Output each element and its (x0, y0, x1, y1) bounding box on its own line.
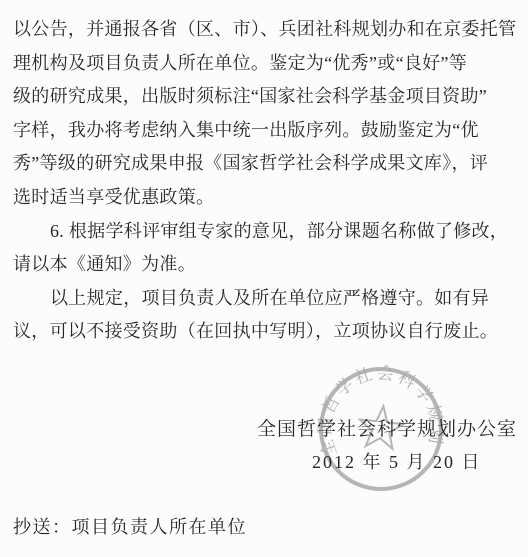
body-line: 请以本《通知》为准。 (13, 248, 515, 282)
document-date: 2012 年 5 月 20 日 (312, 448, 482, 474)
body-line: 以公告，并通报各省（区、市）、兵团社科规划办和在京委托管 (13, 13, 515, 47)
body-line: 以上规定，项目负责人及所在单位应严格遵守。如有异 (13, 282, 515, 316)
body-line: 级的研究成果，出版时须标注“国家社会科学基金项目资助” (13, 80, 515, 114)
cc-line: 抄送：项目负责人所在单位 (13, 513, 247, 539)
body-text: 以公告，并通报各省（区、市）、兵团社科规划办和在京委托管 理机构及项目负责人所在… (13, 13, 515, 349)
signature-org-name: 全国哲学社会科学规划办公室 (257, 414, 519, 441)
body-line: 议，可以不接受资助（在回执中写明），立项协议自行废止。 (13, 315, 515, 349)
body-line: 选时适当享受优惠政策。 (13, 181, 515, 215)
body-line: 6. 根据学科评审组专家的意见，部分课题名称做了修改， (13, 215, 515, 249)
document-page: 以公告，并通报各省（区、市）、兵团社科规划办和在京委托管 理机构及项目负责人所在… (0, 0, 528, 557)
body-line: 秀”等级的研究成果申报《国家哲学社会科学成果文库》，评 (13, 147, 515, 181)
seal-arc-text: 全国哲学社会科学规划办公室 (316, 364, 446, 459)
body-line: 字样，我办将考虑纳入集中统一出版序列。鼓励鉴定为“优 (13, 114, 515, 148)
body-line: 理机构及项目负责人所在单位。鉴定为“优秀”或“良好”等 (13, 47, 515, 81)
